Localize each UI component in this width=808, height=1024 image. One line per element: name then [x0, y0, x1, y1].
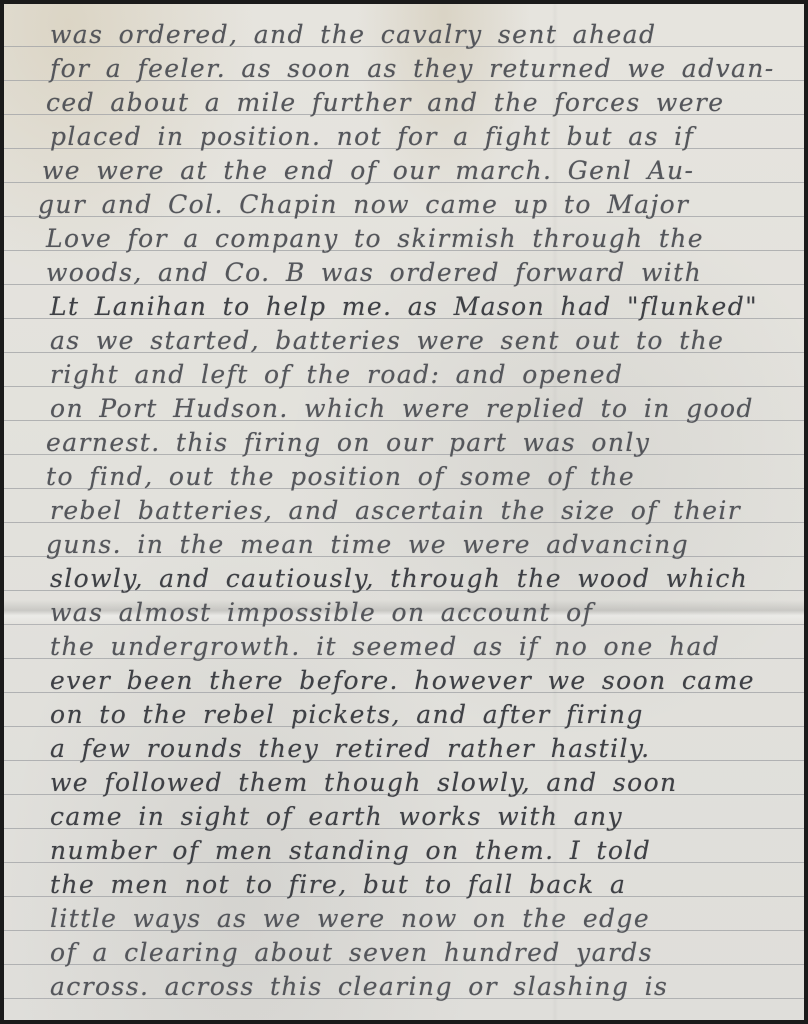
text-line-8: woods, and Co. B was ordered forward wit… [4, 256, 804, 290]
scanned-page: was ordered, and the cavalry sent ahead … [0, 0, 808, 1024]
text-line-16: guns. in the mean time we were advancing [4, 528, 804, 562]
text-line-22: a few rounds they retired rather hastily… [4, 732, 804, 766]
text-line-20: ever been there before. however we soon … [4, 664, 804, 698]
text-line-17: slowly, and cautiously, through the wood… [4, 562, 804, 596]
text-line-29: across. across this clearing or slashing… [4, 970, 804, 1004]
text-line-18: was almost impossible on account of [4, 596, 804, 630]
text-line-7: Love for a company to skirmish through t… [4, 222, 804, 256]
text-line-26: the men not to fire, but to fall back a [4, 868, 804, 902]
text-line-4: placed in position. not for a fight but … [4, 120, 804, 154]
text-line-9: Lt Lanihan to help me. as Mason had "flu… [4, 290, 804, 324]
text-line-28: of a clearing about seven hundred yards [4, 936, 804, 970]
text-line-5: we were at the end of our march. Genl Au… [4, 154, 804, 188]
handwritten-text: was ordered, and the cavalry sent ahead … [4, 18, 804, 1004]
text-line-21: on to the rebel pickets, and after firin… [4, 698, 804, 732]
text-line-15: rebel batteries, and ascertain the size … [4, 494, 804, 528]
text-line-25: number of men standing on them. I told [4, 834, 804, 868]
text-line-11: right and left of the road: and opened [4, 358, 804, 392]
text-line-10: as we started, batteries were sent out t… [4, 324, 804, 358]
lined-paper-sheet: was ordered, and the cavalry sent ahead … [4, 4, 804, 1020]
text-line-2: for a feeler. as soon as they returned w… [4, 52, 804, 86]
text-line-19: the undergrowth. it seemed as if no one … [4, 630, 804, 664]
text-line-3: ced about a mile further and the forces … [4, 86, 804, 120]
text-line-23: we followed them though slowly, and soon [4, 766, 804, 800]
text-line-24: came in sight of earth works with any [4, 800, 804, 834]
text-line-12: on Port Hudson. which were replied to in… [4, 392, 804, 426]
text-line-14: to find, out the position of some of the [4, 460, 804, 494]
text-line-6: gur and Col. Chapin now came up to Major [4, 188, 804, 222]
text-line-27: little ways as we were now on the edge [4, 902, 804, 936]
text-line-1: was ordered, and the cavalry sent ahead [4, 18, 804, 52]
text-line-13: earnest. this firing on our part was onl… [4, 426, 804, 460]
